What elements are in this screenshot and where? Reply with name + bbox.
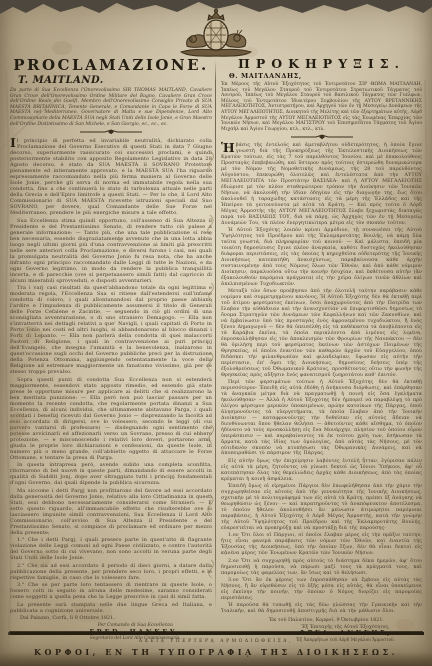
italian-preamble: Da parte di Sua Eccellenza l'Onorevoliss… <box>10 88 212 127</box>
greek-paragraph: Ἡ Αὐτοῦ Ἐξοχότης λοιπὸν κρίνει ἁρμόδιον,… <box>221 228 422 288</box>
greek-signatory: Θ. ΜΑΙΤΛΑΝΔΗΣ, <box>229 72 422 80</box>
italian-column: PROCLAMAZIONE. T. MAITLAND. Da parte di … <box>10 56 212 641</box>
license-line: ΑΔΕΙᾼ ΥΠΕΡΤΕΡᾼ ΑΡΜΟΔΙΩΘΕΙΣΑ, <box>0 639 432 644</box>
italian-paragraph: Tra i varj casi risultati da quest'abban… <box>10 285 212 375</box>
greek-closing: Ἡ παροῦσα θὰ τυπωθῇ εἰς τὰς δύω γλώσσας … <box>221 603 422 615</box>
italian-clause-3: 3.° Che se per parte loro tentassero di … <box>10 582 212 600</box>
italian-paragraph: Sopra questi punti di condotta Sua Eccel… <box>10 377 212 461</box>
italian-title: PROCLAMAZIONE. <box>10 56 212 74</box>
italian-closing: La presente sarà stampata nelle due ling… <box>10 602 212 614</box>
column-divider-rule <box>215 60 216 612</box>
greek-paragraph: Ἡ βάσις τῆς ἐντελοῦς καὶ ἀμεταβλήτου οὐδ… <box>221 143 422 226</box>
italian-paragraph: In questa intrapresa però, avendo subito… <box>10 462 212 486</box>
italian-paragraph: Il principio di perfetta ed invariabile … <box>10 138 212 216</box>
footer-thick-rule <box>8 632 424 635</box>
greek-paragraph: Μεταξὺ τῶν ὅσων προέβησαν ἀπὸ τὴν ὁλοτελ… <box>221 289 422 378</box>
greek-paragraph: Περὶ τῶν φερσιμάτων τούτων ἡ Αὐτοῦ Ἐξοχό… <box>221 380 422 457</box>
greek-column: ΠΡΟΚΗΡΥΞΙΣ. Θ. ΜΑΙΤΛΑΝΔΗΣ, Ἐκ Μέρους τῆς… <box>221 56 422 643</box>
italian-paragraph: Sua Eccellenza stima quindi opportuno, c… <box>10 218 212 284</box>
proclamation-broadside: PROCLAMAZIONE. T. MAITLAND. Da parte di … <box>0 0 432 666</box>
royal-coat-of-arms-icon <box>173 8 259 60</box>
italian-signatory: T. MAITLAND. <box>18 75 212 86</box>
greek-preamble: Ἐκ Μέρους τῆς Αὐτοῦ Ἐξοχότητος τοῦ Ἐντιμ… <box>221 82 422 132</box>
greek-paragraph: Εἰς αὐτὴν ὅμως τὴν ἐπιχείρησιν λαβόντες … <box>221 459 422 483</box>
swelled-rule-ornament-icon <box>290 134 354 140</box>
greek-clause-2: 2.ον Ὅτι νὰ συγχωρηθῇ πρὸς αὐτοὺς τὸ διά… <box>221 559 422 577</box>
italian-clause-2: 2.° Che sia ad essi accordato il periodo… <box>10 563 212 581</box>
greek-clause-3: 3.ον Ὅτι ἂν ἐκ μέρους των ἐπροσπάθησαν ν… <box>221 578 422 602</box>
printer-imprint: ΚΟΡΦΟΙ, ΕΝ ΤΗ ΤΥΠΟΓΡΑΦΙᾼ ΤΗΣ ΔΙΟΙΚΗΣΕΩΣ. <box>0 647 432 657</box>
italian-dateline: Dal Palazzo, Corfù, li 9 Ottobre 1821. <box>20 615 212 622</box>
greek-dateline: Ἐκ τοῦ Παλατίου, Κορφοί, 9 Ὀκτωβρίου 182… <box>231 617 422 624</box>
italian-clause-1: 1.° Che i detti Pargj, i quali presero p… <box>10 537 212 561</box>
greek-title: ΠΡΟΚΗΡΥΞΙΣ. <box>221 56 422 71</box>
italian-paragraph: Ma siccome i detti Pargj non profittaron… <box>10 488 212 536</box>
greek-clause-1: 1.ον Ὅτι ὅλοι οἱ Πάργιοι, οἱ ὁποῖοι ἔλαβ… <box>221 533 422 557</box>
swelled-rule-ornament-icon <box>79 129 143 135</box>
greek-paragraph: Ἐπειδὴ ὅμως οἱ εἰρημένοι Πάργιοι δὲν ἐπω… <box>221 484 422 532</box>
